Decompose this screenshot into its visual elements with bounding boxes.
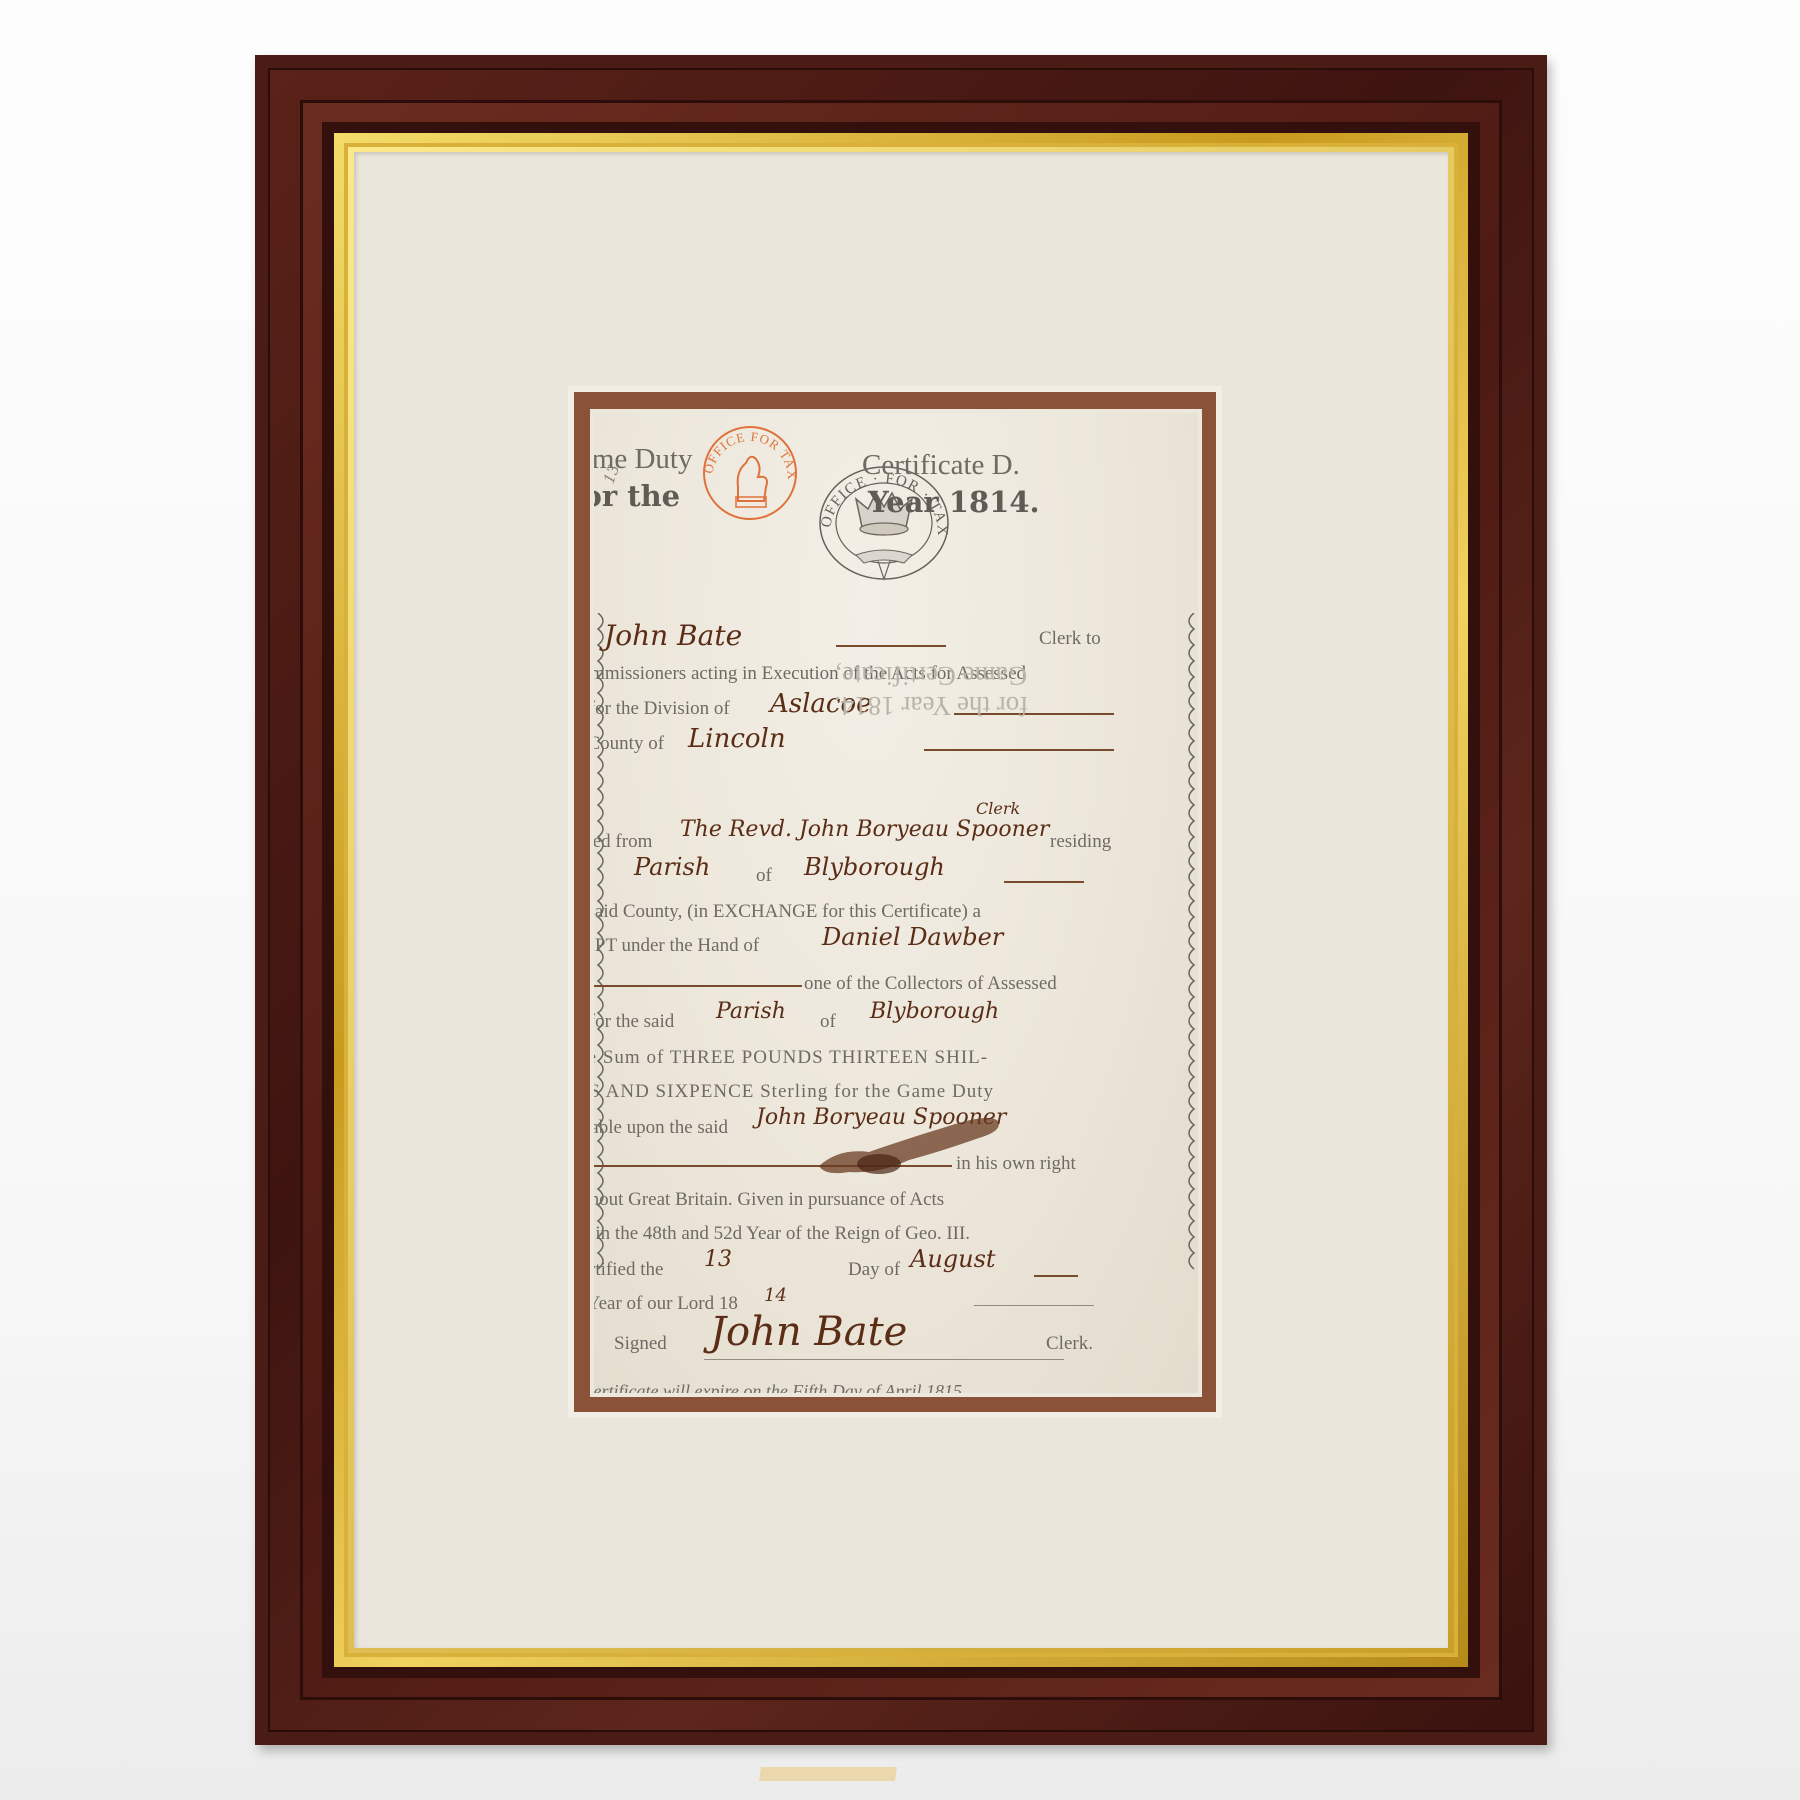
title-year-1814: Year 1814. — [868, 485, 1040, 519]
rule — [704, 1359, 1064, 1360]
label-certified: and certified the — [594, 1259, 663, 1281]
line-collectors: one of the Collectors of Assessed — [804, 973, 1057, 995]
expiry-note: This Certificate will expire on the Fift… — [594, 1381, 966, 1393]
rule — [924, 749, 1114, 751]
show-through-ghost-text: for the Year 1814. Game Certificate, — [834, 661, 1028, 721]
title-for-the: for the — [594, 479, 680, 513]
day-handwritten: 13 — [704, 1247, 732, 1272]
line-sum-2: LINGS AND SIXPENCE Sterling for the Game… — [594, 1081, 994, 1103]
label-clerk: Clerk. — [1046, 1333, 1093, 1355]
signature-handwritten: John Bate — [710, 1309, 907, 1355]
place-handwritten-1: Blyborough — [804, 853, 945, 881]
certificate-paper: OFFICE FOR TAXES OFFICE · FOR · TAXES 13… — [594, 413, 1198, 1393]
label-received-from: Received from — [594, 831, 652, 853]
parish-handwritten-2: Parish — [716, 999, 786, 1024]
place-handwritten-2: Blyborough — [870, 999, 999, 1024]
label-county: in the County of — [594, 733, 664, 755]
month-handwritten: August — [910, 1245, 996, 1273]
red-office-for-taxes-stamp: OFFICE FOR TAXES — [698, 423, 802, 523]
label-chargeable: chargeable upon the said — [594, 1117, 728, 1139]
parish-handwritten-1: Parish — [634, 853, 710, 881]
label-of-1: of — [756, 865, 772, 887]
collector-handwritten: Daniel Dawber — [822, 923, 1003, 951]
title-certificate-d: Certificate D. — [862, 449, 1020, 482]
line-acts: passed in the 48th and 52d Year of the R… — [594, 1223, 970, 1245]
label-clerk-to: Clerk to — [1039, 628, 1101, 650]
rule — [974, 1305, 1094, 1306]
rule — [594, 985, 802, 987]
label-signed: Signed — [614, 1333, 667, 1355]
line-sum-1: for the Sum of THREE POUNDS THIRTEEN SHI… — [594, 1047, 988, 1069]
rule — [836, 645, 946, 647]
frame-chip-damage — [759, 1767, 897, 1781]
ink-stain — [809, 1108, 1009, 1178]
label-taxes-said: Taxes for the said — [594, 1011, 674, 1033]
label-day-of: Day of — [848, 1259, 900, 1281]
year-handwritten: 14 — [764, 1285, 787, 1306]
title-game-duty-text: Game Duty — [594, 443, 693, 476]
line-exchange: in the said County, (in EXCHANGE for thi… — [594, 901, 981, 923]
label-of-2: of — [820, 1011, 836, 1033]
right-scallop-border — [1182, 613, 1196, 1273]
county-handwritten: Lincoln — [688, 724, 786, 754]
received-from-handwritten: The Revd. John Boryeau Spooner — [680, 817, 1049, 842]
clerk-name-handwritten: John Bate — [604, 619, 742, 652]
line-britain: throughout Great Britain. Given in pursu… — [594, 1189, 944, 1211]
superscript-clerk-handwritten: Clerk — [976, 799, 1020, 818]
label-receipt-under-hand: RECEIPT under the Hand of — [594, 935, 759, 957]
label-division: Taxes for the Division of — [594, 698, 730, 720]
label-residing: residing — [1050, 831, 1111, 853]
svg-text:OFFICE FOR TAXES: OFFICE FOR TAXES — [698, 423, 800, 481]
rule — [1034, 1275, 1078, 1277]
rule — [1004, 881, 1084, 883]
